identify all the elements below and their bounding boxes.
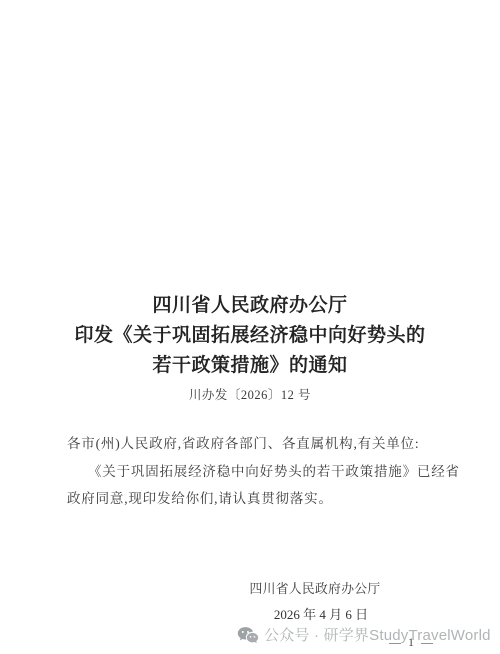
- body-line-2: 政府同意,现印发给你们,请认真贯彻落实。: [67, 485, 435, 513]
- document-page: 四川省人民政府办公厅 印发《关于巩固拓展经济稳中向好势头的 若干政策措施》的通知…: [0, 0, 500, 654]
- watermark: 公众号 · 研学界StudyTravelWorld: [237, 626, 491, 646]
- wechat-icon: [237, 626, 259, 646]
- document-body: 各市(州)人民政府,省政府各部门、各直属机构,有关单位: 《关于巩固拓展经济稳中…: [67, 430, 435, 513]
- issuer-signature: 四川省人民政府办公厅: [250, 581, 381, 597]
- title-line-2: 印发《关于巩固拓展经济稳中向好势头的: [0, 321, 500, 351]
- document-title: 四川省人民政府办公厅 印发《关于巩固拓展经济稳中向好势头的 若干政策措施》的通知: [0, 291, 500, 381]
- title-line-3: 若干政策措施》的通知: [0, 351, 500, 381]
- salutation-line: 各市(州)人民政府,省政府各部门、各直属机构,有关单位:: [67, 430, 435, 458]
- title-line-1: 四川省人民政府办公厅: [0, 291, 500, 321]
- document-number: 川办发〔2026〕12 号: [0, 386, 500, 404]
- body-line-1: 《关于巩固拓展经济稳中向好势头的若干政策措施》已经省: [67, 458, 435, 486]
- watermark-text: 公众号 · 研学界StudyTravelWorld: [264, 626, 491, 646]
- issue-date: 2026 年 4 月 6 日: [274, 607, 368, 623]
